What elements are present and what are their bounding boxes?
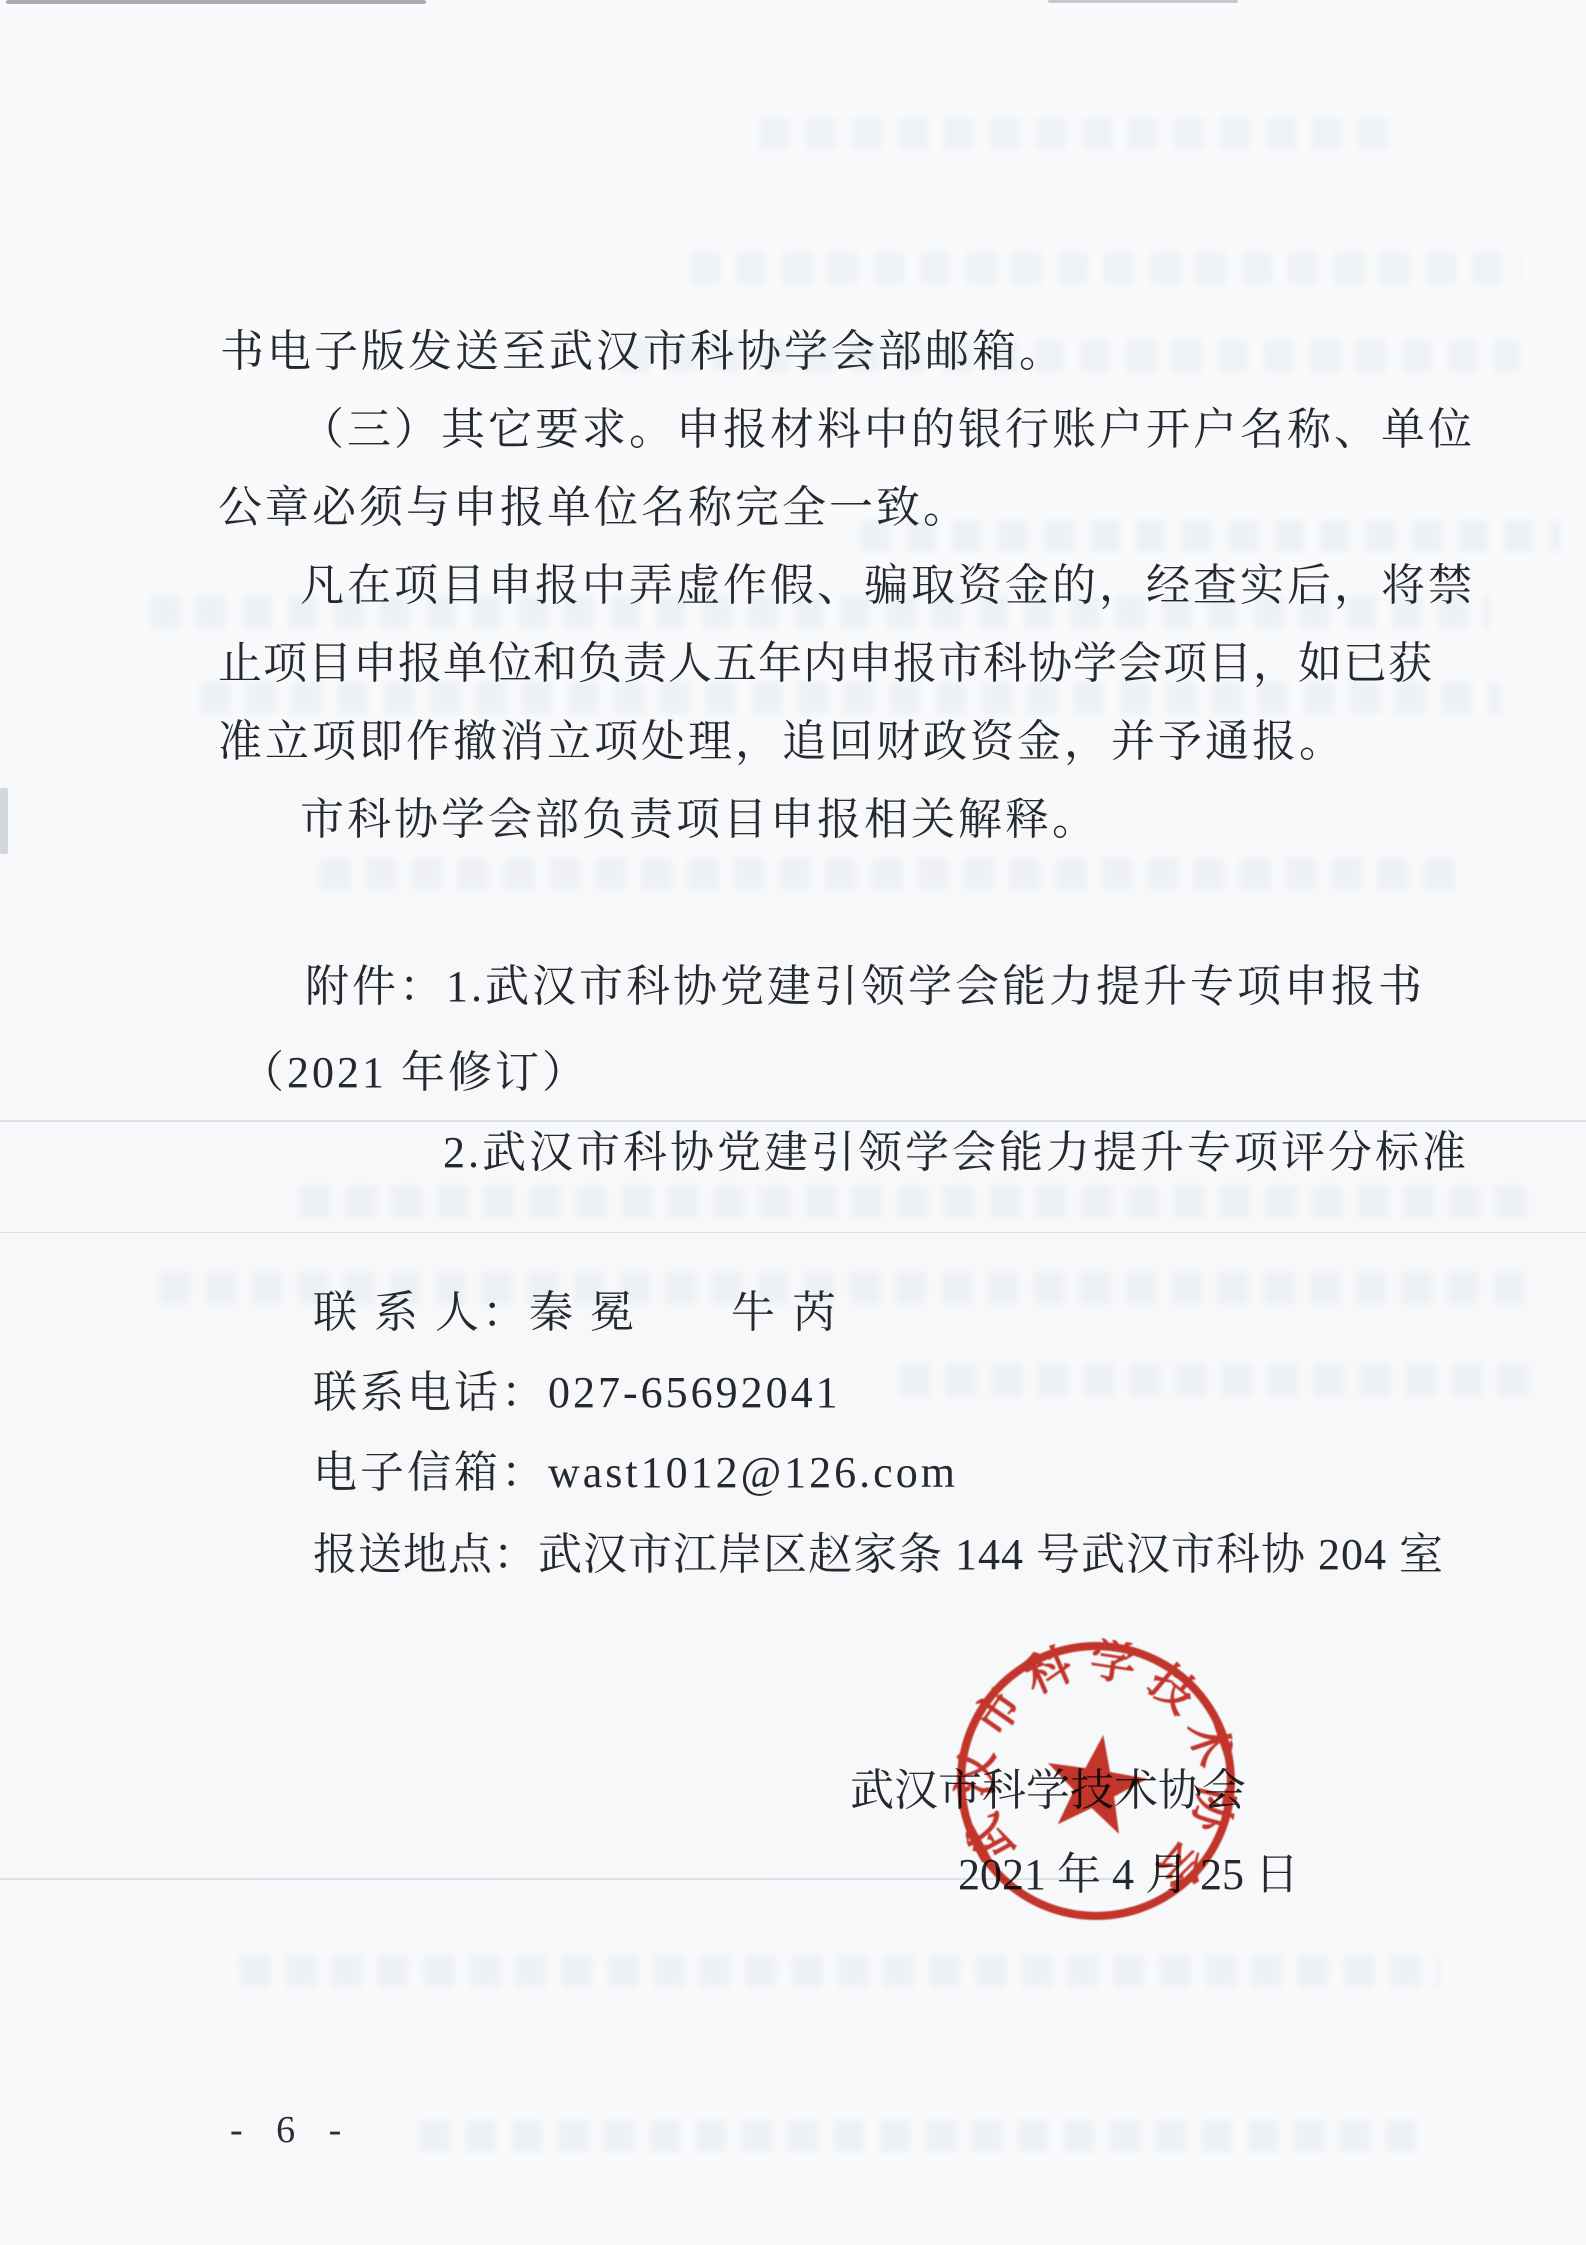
body-line: 凡在项目申报中弄虚作假、骗取资金的，经查实后，将禁: [300, 561, 1475, 612]
body-line: 书电子版发送至武汉市科协学会部邮箱。: [220, 327, 1066, 378]
bleed-through-artifact: [690, 252, 1520, 284]
body-line: 止项目申报单位和负责人五年内申报市科协学会项目，如已获: [218, 639, 1433, 690]
contact-address-value: 武汉市江岸区赵家条 144 号武汉市科协 204 室: [538, 1530, 1444, 1579]
contact-phone-number: 027-65692041: [548, 1368, 841, 1417]
body-line: 市科协学会部负责项目申报相关解释。: [300, 795, 1099, 846]
official-seal: 武汉市科学技术协会: [934, 1619, 1259, 1944]
scanned-document-page: 书电子版发送至武汉市科协学会部邮箱。 （三）其它要求。申报材料中的银行账户开户名…: [0, 0, 1586, 2245]
scan-edge-artifact: [6, 0, 426, 4]
contact-person-row: 联 系 人：秦 冕 牛 芮: [313, 1288, 839, 1339]
bleed-through-artifact: [420, 2120, 1420, 2152]
scan-edge-artifact: [0, 788, 8, 854]
body-line: 准立项即作撤消立项处理，追回财政资金，并予通报。: [218, 717, 1346, 768]
bleed-through-artifact: [300, 1186, 1540, 1218]
bleed-through-artifact: [900, 1364, 1540, 1396]
page-number: - 6 -: [230, 2108, 353, 2152]
bleed-through-artifact: [760, 118, 1400, 150]
attachment-line: 2.武汉市科协党建引领学会能力提升专项评分标准: [443, 1128, 1469, 1179]
contact-phone-label: 联系电话：: [313, 1368, 548, 1417]
contact-person-label: 联 系 人：: [313, 1288, 529, 1337]
body-line: 公章必须与申报单位名称完全一致。: [218, 483, 970, 534]
contact-email-address: wast1012@126.com: [548, 1448, 958, 1497]
bleed-through-artifact: [320, 858, 1470, 890]
body-line: （三）其它要求。申报材料中的银行账户开户名称、单位: [300, 405, 1475, 456]
star-icon: [1039, 1727, 1153, 1837]
contact-address-label: 报送地点：: [313, 1530, 538, 1579]
scan-line-artifact: [0, 1232, 1586, 1233]
attachment-line: 附件：1.武汉市科协党建引领学会能力提升专项申报书: [305, 962, 1425, 1013]
scan-line-artifact: [0, 1120, 1586, 1122]
contact-email-row: 电子信箱：wast1012@126.com: [313, 1448, 958, 1499]
contact-email-label: 电子信箱：: [313, 1448, 548, 1497]
scan-edge-artifact: [1048, 0, 1238, 3]
contact-address-row: 报送地点：武汉市江岸区赵家条 144 号武汉市科协 204 室: [313, 1530, 1444, 1581]
contact-phone-row: 联系电话：027-65692041: [313, 1368, 841, 1419]
contact-person-names: 秦 冕 牛 芮: [529, 1288, 839, 1337]
attachment-line: （2021 年修订）: [240, 1048, 589, 1099]
bleed-through-artifact: [240, 1955, 1440, 1987]
